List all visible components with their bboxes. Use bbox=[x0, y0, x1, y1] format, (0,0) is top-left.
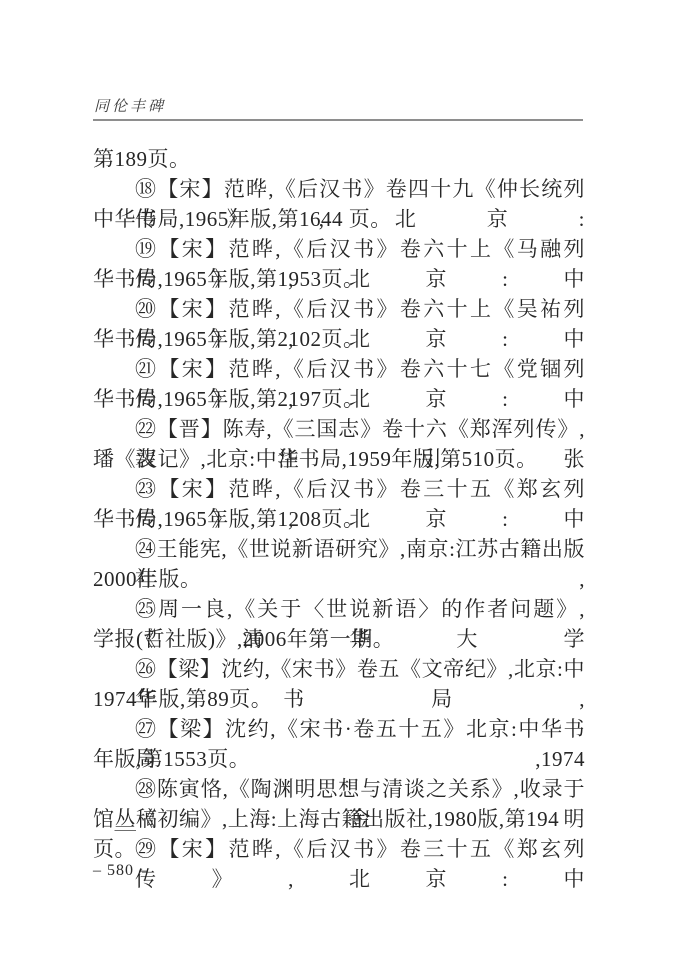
text-line: ㉑【宋】范晔,《后汉书》卷六十七《党锢列传》,北京:中 bbox=[93, 354, 585, 384]
text-line: ㉗【梁】沈约,《宋书·卷五十五》北京:中华书局,1974 bbox=[93, 714, 585, 744]
header-rule bbox=[93, 119, 583, 121]
page-number: – 580 – bbox=[93, 862, 148, 880]
text-line: ⑱【宋】范晔,《后汉书》卷四十九《仲长统列传》,北京: bbox=[93, 174, 585, 204]
text-line: ⑲【宋】范晔,《后汉书》卷六十上《马融列传》,北京:中 bbox=[93, 234, 585, 264]
reference-list: 第189页。⑱【宋】范晔,《后汉书》卷四十九《仲长统列传》,北京:中华书局,19… bbox=[93, 144, 585, 864]
text-line: 第189页。 bbox=[93, 144, 585, 174]
text-line: ㉙【宋】范晔,《后汉书》卷三十五《郑玄列传》,北京:中 bbox=[93, 834, 585, 864]
text-line: ㉓【宋】范晔,《后汉书》卷三十五《郑玄列传》,北京:中 bbox=[93, 474, 585, 504]
underlined-text: 丛 bbox=[115, 807, 137, 831]
text-line: ㉕周一良,《关于〈世说新语〉的作者问题》,《清华大学 bbox=[93, 594, 585, 624]
text-line: ㉔王能宪,《世说新语研究》,南京:江苏古籍出版社, bbox=[93, 534, 585, 564]
text-line: 馆丛稿初编》,上海:上海古籍出版社,1980版,第194页。 bbox=[93, 804, 585, 834]
text-segment: 馆 bbox=[93, 807, 115, 831]
book-page: 同伦丰碑 第189页。⑱【宋】范晔,《后汉书》卷四十九《仲长统列传》,北京:中华… bbox=[0, 0, 692, 968]
text-line: ㉘陈寅恪,《陶渊明思想与清谈之关系》,收录于《金明 bbox=[93, 774, 585, 804]
text-line: ⑳【宋】范晔,《后汉书》卷六十上《吴祐列传》,北京:中 bbox=[93, 294, 585, 324]
text-line: ㉖【梁】沈约,《宋书》卷五《文帝纪》,北京:中华书局, bbox=[93, 654, 585, 684]
text-line: ㉒【晋】陈寿,《三国志》卷十六《郑浑列传》,裴注引张 bbox=[93, 414, 585, 444]
running-header-title: 同伦丰碑 bbox=[94, 95, 166, 116]
text-line: 璠《汉记》,北京:中华书局,1959年版,第510页。 bbox=[93, 444, 585, 474]
